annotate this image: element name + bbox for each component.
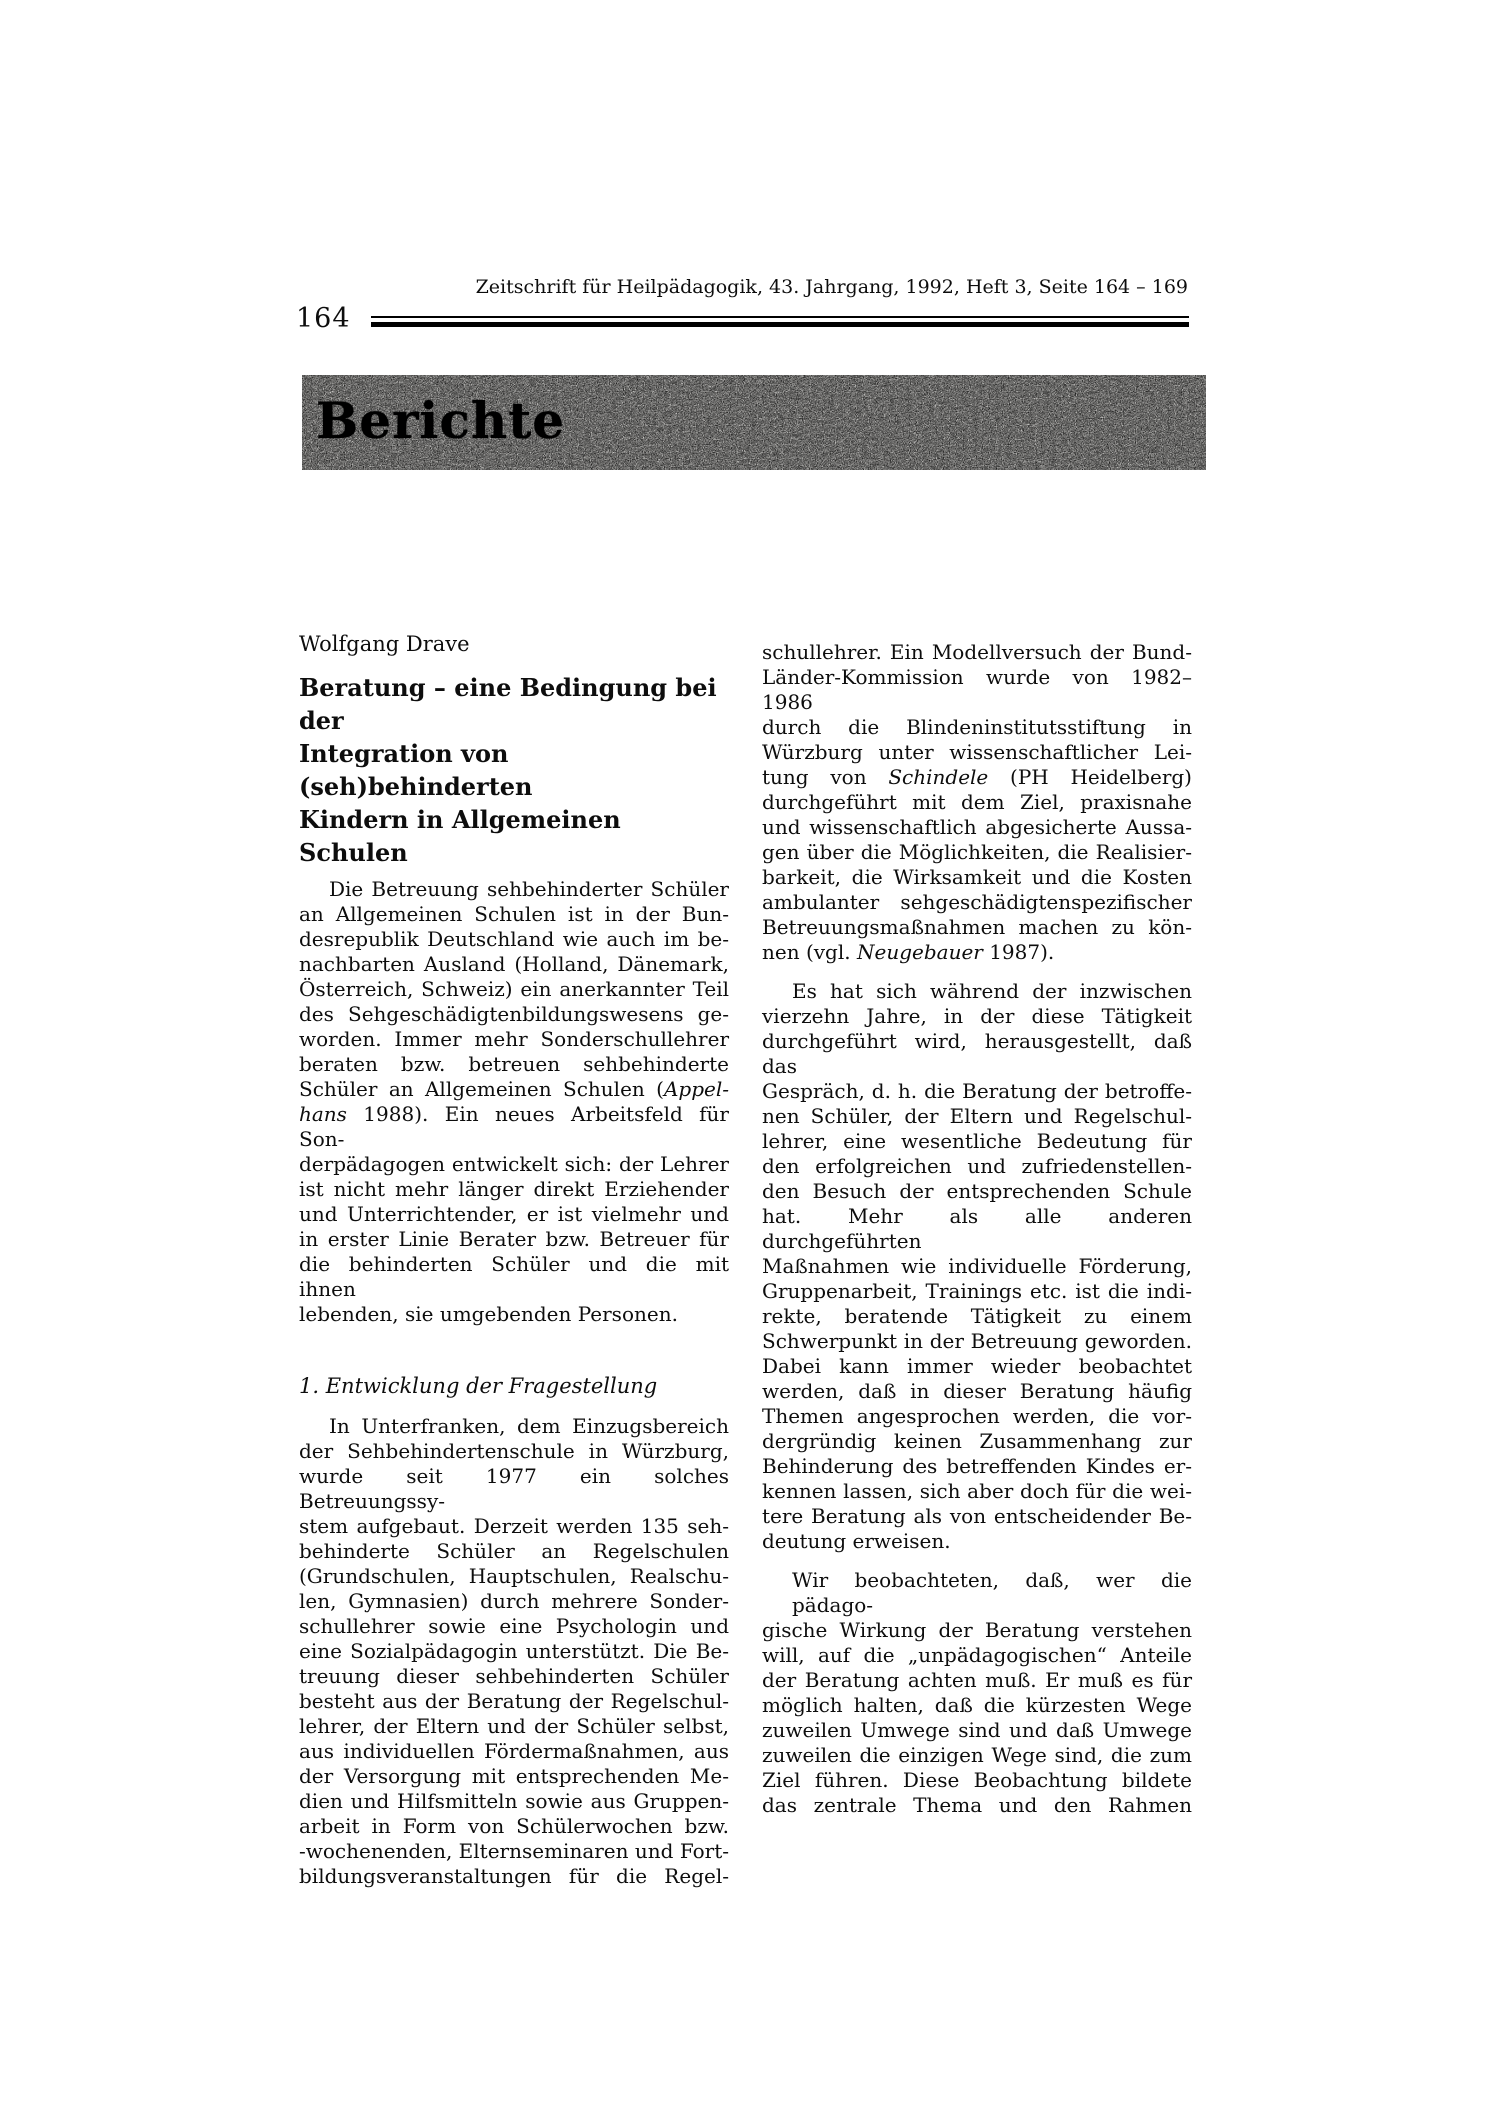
section-heading: 1. Entwicklung der Fragestellung: [299, 1374, 729, 1399]
text-line: die behinderten Schüler und die mit ihne…: [299, 1252, 729, 1302]
text-line: Themen angesprochen werden, die vor-: [762, 1404, 1192, 1429]
text-line: tere Beratung als von entscheidender Be-: [762, 1504, 1192, 1529]
text-line: Österreich, Schweiz) ein anerkannter Tei…: [299, 977, 729, 1002]
column-left: Wolfgang DraveBeratung – eine Bedingung …: [299, 632, 729, 1889]
text-line: deutung erweisen.: [762, 1529, 1192, 1554]
text-line: rekte, beratende Tätigkeit zu einem: [762, 1304, 1192, 1329]
paragraph: schullehrer. Ein Modellversuch der Bund-…: [762, 640, 1192, 965]
text-line: bildungsveranstaltungen für die Regel-: [299, 1864, 729, 1889]
text-line: will, auf die „unpädagogischen“ Anteile: [762, 1643, 1192, 1668]
text-line: ist nicht mehr länger direkt Erziehender: [299, 1177, 729, 1202]
header-rule-thin: [371, 316, 1189, 318]
text-line: dien und Hilfsmitteln sowie aus Gruppen-: [299, 1789, 729, 1814]
text-line: Es hat sich während der inzwischen: [762, 979, 1192, 1004]
text-line: lehrer, der Eltern und der Schüler selbs…: [299, 1714, 729, 1739]
text-line: gen über die Möglichkeiten, die Realisie…: [762, 840, 1192, 865]
text-line: durchgeführt wird, herausgestellt, daß d…: [762, 1029, 1192, 1079]
text-line: in erster Linie Berater bzw. Betreuer fü…: [299, 1227, 729, 1252]
text-line: Gruppenarbeit, Trainings etc. ist die in…: [762, 1279, 1192, 1304]
text-line: hans 1988). Ein neues Arbeitsfeld für So…: [299, 1102, 729, 1152]
text-line: möglich halten, daß die kürzesten Wege: [762, 1693, 1192, 1718]
text-line: lehrer, eine wesentliche Bedeutung für: [762, 1129, 1192, 1154]
text-line: (Grundschulen, Hauptschulen, Realschu-: [299, 1564, 729, 1589]
text-line: der Sehbehindertenschule in Würzburg,: [299, 1439, 729, 1464]
text-line: behinderte Schüler an Regelschulen: [299, 1539, 729, 1564]
text-line: besteht aus der Beratung der Regelschul-: [299, 1689, 729, 1714]
text-line: derpädagogen entwickelt sich: der Lehrer: [299, 1152, 729, 1177]
text-line: Kindern in Allgemeinen Schulen: [299, 803, 729, 869]
article-columns: Wolfgang DraveBeratung – eine Bedingung …: [299, 632, 1192, 1889]
text-line: worden. Immer mehr Sonderschullehrer: [299, 1027, 729, 1052]
text-line: Integration von (seh)behinderten: [299, 737, 729, 803]
text-line: In Unterfranken, dem Einzugsbereich: [299, 1414, 729, 1439]
text-line: den erfolgreichen und zufriedenstellen-: [762, 1154, 1192, 1179]
text-line: lebenden, sie umgebenden Personen.: [299, 1302, 729, 1327]
text-line: Behinderung des betreffenden Kindes er-: [762, 1454, 1192, 1479]
text-line: hat. Mehr als alle anderen durchgeführte…: [762, 1204, 1192, 1254]
text-line: ambulanter sehgeschädigtenspezifischer: [762, 890, 1192, 915]
text-line: gische Wirkung der Beratung verstehen: [762, 1618, 1192, 1643]
text-line: vierzehn Jahre, in der diese Tätigkeit: [762, 1004, 1192, 1029]
text-line: durch die Blindeninstitutsstiftung in: [762, 715, 1192, 740]
text-line: Betreuungsmaßnahmen machen zu kön-: [762, 915, 1192, 940]
text-line: zuweilen Umwege sind und daß Umwege: [762, 1718, 1192, 1743]
text-line: stem aufgebaut. Derzeit werden 135 seh-: [299, 1514, 729, 1539]
text-line: durchgeführt mit dem Ziel, praxisnahe: [762, 790, 1192, 815]
text-line: Beratung – eine Bedingung bei der: [299, 671, 729, 737]
text-line: aus individuellen Fördermaßnahmen, aus: [299, 1739, 729, 1764]
journal-page: 164 Zeitschrift für Heilpädagogik, 43. J…: [0, 0, 1488, 2105]
text-line: das zentrale Thema und den Rahmen: [762, 1793, 1192, 1818]
text-line: desrepublik Deutschland wie auch im be-: [299, 927, 729, 952]
column-right: schullehrer. Ein Modellversuch der Bund-…: [762, 632, 1192, 1818]
text-line: dergründig keinen Zusammenhang zur: [762, 1429, 1192, 1454]
paragraph: Es hat sich während der inzwischenvierze…: [762, 979, 1192, 1554]
text-line: den Besuch der entsprechenden Schule: [762, 1179, 1192, 1204]
text-line: Länder-Kommission wurde von 1982–1986: [762, 665, 1192, 715]
header-rule-thick: [371, 322, 1189, 327]
paragraph: In Unterfranken, dem Einzugsbereichder S…: [299, 1414, 729, 1889]
text-line: -wochenenden, Elternseminaren und Fort-: [299, 1839, 729, 1864]
author-line: Wolfgang Drave: [299, 632, 729, 657]
text-line: tung von Schindele (PH Heidelberg): [762, 765, 1192, 790]
text-line: nen Schüler, der Eltern und Regelschul-: [762, 1104, 1192, 1129]
text-line: werden, daß in dieser Beratung häufig: [762, 1379, 1192, 1404]
paragraph: Die Betreuung sehbehinderter Schüleran A…: [299, 877, 729, 1327]
journal-citation: Zeitschrift für Heilpädagogik, 43. Jahrg…: [476, 276, 1188, 298]
text-line: 1. Entwicklung der Fragestellung: [299, 1374, 729, 1399]
text-line: Gespräch, d. h. die Beratung der betroff…: [762, 1079, 1192, 1104]
header-rule: [371, 316, 1189, 330]
text-line: Dabei kann immer wieder beobachtet: [762, 1354, 1192, 1379]
text-line: nachbarten Ausland (Holland, Dänemark,: [299, 952, 729, 977]
article-title: Beratung – eine Bedingung bei derIntegra…: [299, 671, 729, 869]
text-line: kennen lassen, sich aber doch für die we…: [762, 1479, 1192, 1504]
text-line: Würzburg unter wissenschaftlicher Lei-: [762, 740, 1192, 765]
text-line: Maßnahmen wie individuelle Förderung,: [762, 1254, 1192, 1279]
text-line: Wolfgang Drave: [299, 632, 729, 657]
text-line: Schwerpunkt in der Betreuung geworden.: [762, 1329, 1192, 1354]
text-line: schullehrer. Ein Modellversuch der Bund-: [762, 640, 1192, 665]
text-line: und Unterrichtender, er ist vielmehr und: [299, 1202, 729, 1227]
text-line: schullehrer sowie eine Psychologin und: [299, 1614, 729, 1639]
berichte-banner: Berichte: [302, 375, 1206, 470]
text-line: beraten bzw. betreuen sehbehinderte: [299, 1052, 729, 1077]
text-line: der Beratung achten muß. Er muß es für: [762, 1668, 1192, 1693]
text-line: Ziel führen. Diese Beobachtung bildete: [762, 1768, 1192, 1793]
text-line: Schüler an Allgemeinen Schulen (Appel-: [299, 1077, 729, 1102]
banner-title: Berichte: [316, 391, 565, 450]
text-line: des Sehgeschädigtenbildungswesens ge-: [299, 1002, 729, 1027]
text-line: len, Gymnasien) durch mehrere Sonder-: [299, 1589, 729, 1614]
text-line: zuweilen die einzigen Wege sind, die zum: [762, 1743, 1192, 1768]
text-line: eine Sozialpädagogin unterstützt. Die Be…: [299, 1639, 729, 1664]
paragraph: Wir beobachteten, daß, wer die pädago-gi…: [762, 1568, 1192, 1818]
text-line: arbeit in Form von Schülerwochen bzw.: [299, 1814, 729, 1839]
text-line: Wir beobachteten, daß, wer die pädago-: [762, 1568, 1192, 1618]
text-line: treuung dieser sehbehinderten Schüler: [299, 1664, 729, 1689]
text-line: barkeit, die Wirksamkeit und die Kosten: [762, 865, 1192, 890]
text-line: nen (vgl. Neugebauer 1987).: [762, 940, 1192, 965]
text-line: und wissenschaftlich abgesicherte Aussa-: [762, 815, 1192, 840]
text-line: wurde seit 1977 ein solches Betreuungssy…: [299, 1464, 729, 1514]
text-line: Die Betreuung sehbehinderter Schüler: [299, 877, 729, 902]
text-line: der Versorgung mit entsprechenden Me-: [299, 1764, 729, 1789]
text-line: an Allgemeinen Schulen ist in der Bun-: [299, 902, 729, 927]
page-number: 164: [296, 305, 351, 332]
